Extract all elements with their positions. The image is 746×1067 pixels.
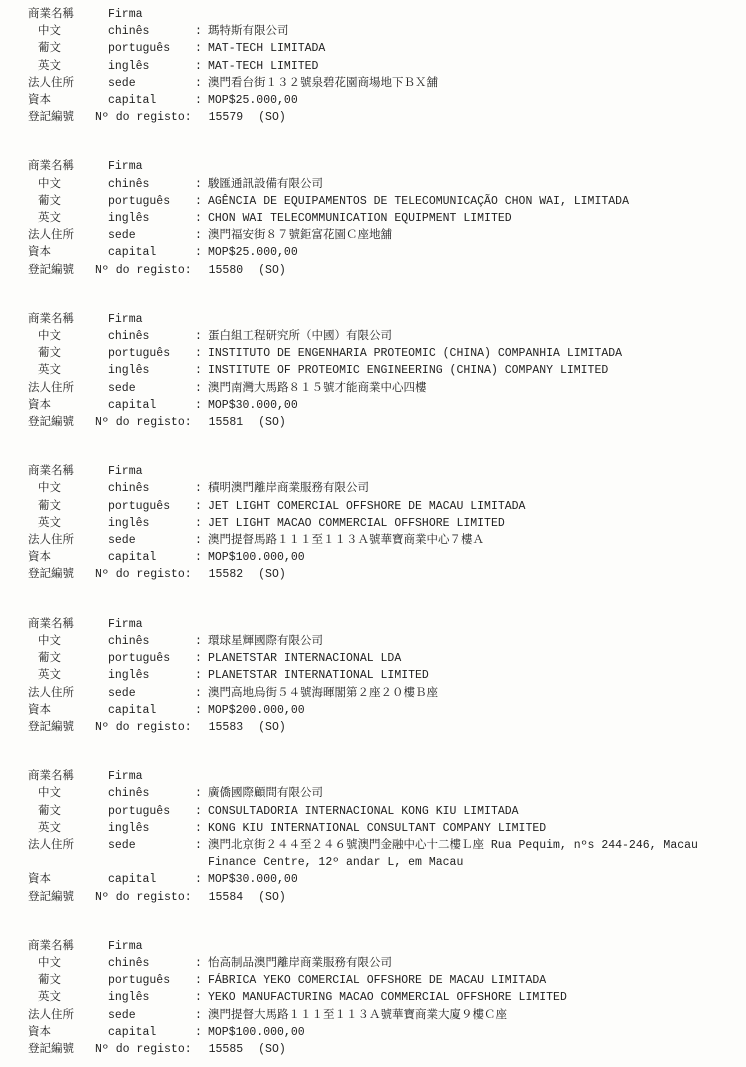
field-label-pt: Firma [108, 158, 195, 175]
field-label-zh: 法人住所 [28, 1007, 108, 1024]
colon: : [195, 58, 208, 75]
field-label-zh: 商業名稱 [28, 158, 108, 175]
field-label-zh: 法人住所 [28, 532, 108, 549]
field-label-zh: 葡文 [28, 345, 108, 362]
field-label-pt: sede [108, 532, 195, 549]
registration-number: 15583 [209, 719, 244, 736]
colon: : [195, 515, 208, 532]
field-label-pt: Nº do registo: [95, 566, 192, 583]
portuguese-name-value: CONSULTADORIA INTERNACIONAL KONG KIU LIM… [208, 803, 738, 820]
field-label-pt: capital [108, 397, 195, 414]
colon: : [195, 23, 208, 40]
field-row-chinese-name: 中文 chinês : 積明澳門離岸商業服務有限公司 [28, 480, 738, 497]
colon: : [195, 210, 208, 227]
field-row-english-name: 英文 inglês : CHON WAI TELECOMMUNICATION E… [28, 210, 738, 227]
field-label-zh: 葡文 [28, 193, 108, 210]
registration-mark: (SO) [258, 719, 286, 736]
field-row-registered-office: 法人住所 sede : 澳門提督大馬路１１１至１１３Ａ號華寶商業大廈９樓Ｃ座 [28, 1007, 738, 1024]
field-row-capital: 資本 capital : MOP$30.000,00 [28, 397, 738, 414]
field-label-pt: português [108, 193, 195, 210]
field-label-pt: sede [108, 1007, 195, 1024]
field-row-chinese-name: 中文 chinês : 怡高制品澳門離岸商業服務有限公司 [28, 955, 738, 972]
registration-number: 15585 [209, 1041, 244, 1058]
field-label-zh: 英文 [28, 820, 108, 837]
field-label-pt: Nº do registo: [95, 889, 192, 906]
field-label-pt: chinês [108, 23, 195, 40]
field-label-pt: Nº do registo: [95, 109, 192, 126]
colon: : [195, 176, 208, 193]
registry-entry: 商業名稱 Firma 中文 chinês : 積明澳門離岸商業服務有限公司 葡文… [28, 463, 738, 583]
registered-office-value: 澳門福安街８７號鉅富花園Ｃ座地舖 [208, 227, 738, 244]
field-label-zh: 法人住所 [28, 837, 108, 854]
field-row-english-name: 英文 inglês : PLANETSTAR INTERNATIONAL LIM… [28, 667, 738, 684]
field-label-pt: sede [108, 380, 195, 397]
field-label-pt: chinês [108, 785, 195, 802]
field-label-pt: sede [108, 837, 195, 854]
colon: : [195, 1007, 208, 1024]
field-row-chinese-name: 中文 chinês : 廣僑國際顧問有限公司 [28, 785, 738, 802]
field-row-registration: 登記編號 Nº do registo: 15585 (SO) [28, 1041, 738, 1058]
portuguese-name-value: PLANETSTAR INTERNACIONAL LDA [208, 650, 738, 667]
field-row-registration: 登記編號 Nº do registo: 15583 (SO) [28, 719, 738, 736]
field-label-pt: chinês [108, 328, 195, 345]
field-label-pt: inglês [108, 515, 195, 532]
registry-entry: 商業名稱 Firma 中文 chinês : 駿匯通訊設備有限公司 葡文 por… [28, 158, 738, 278]
field-label-pt: capital [108, 702, 195, 719]
colon: : [195, 244, 208, 261]
field-row-registration: 登記編號 Nº do registo: 15581 (SO) [28, 414, 738, 431]
capital-value: MOP$100.000,00 [208, 1024, 738, 1041]
registration-mark: (SO) [258, 262, 286, 279]
colon: : [195, 685, 208, 702]
colon: : [195, 549, 208, 566]
field-label-pt: Firma [108, 6, 195, 23]
field-row-registered-office: 法人住所 sede : 澳門福安街８７號鉅富花園Ｃ座地舖 [28, 227, 738, 244]
portuguese-name-value: AGÊNCIA DE EQUIPAMENTOS DE TELECOMUNICAÇ… [208, 193, 738, 210]
field-row-chinese-name: 中文 chinês : 蛋白組工程研究所（中國）有限公司 [28, 328, 738, 345]
colon: : [195, 785, 208, 802]
field-label-zh: 英文 [28, 210, 108, 227]
field-label-zh: 登記編號 [28, 566, 95, 583]
colon: : [195, 633, 208, 650]
field-label-pt: sede [108, 227, 195, 244]
colon: : [195, 955, 208, 972]
field-label-zh: 法人住所 [28, 75, 108, 92]
english-name-value: JET LIGHT MACAO COMMERCIAL OFFSHORE LIMI… [208, 515, 738, 532]
colon: : [195, 1024, 208, 1041]
chinese-name-value: 瑪特斯有限公司 [208, 23, 738, 40]
field-row-portuguese-name: 葡文 português : MAT-TECH LIMITADA [28, 40, 738, 57]
field-label-zh: 商業名稱 [28, 938, 108, 955]
field-row-firm: 商業名稱 Firma [28, 938, 738, 955]
chinese-name-value: 廣僑國際顧問有限公司 [208, 785, 738, 802]
field-row-capital: 資本 capital : MOP$200.000,00 [28, 702, 738, 719]
colon: : [195, 480, 208, 497]
registry-entry: 商業名稱 Firma 中文 chinês : 蛋白組工程研究所（中國）有限公司 … [28, 311, 738, 431]
chinese-name-value: 環球星輝國際有限公司 [208, 633, 738, 650]
field-row-portuguese-name: 葡文 português : INSTITUTO DE ENGENHARIA P… [28, 345, 738, 362]
registry-entry: 商業名稱 Firma 中文 chinês : 廣僑國際顧問有限公司 葡文 por… [28, 768, 738, 906]
colon: : [195, 667, 208, 684]
registration-number: 15582 [209, 566, 244, 583]
registry-document: 商業名稱 Firma 中文 chinês : 瑪特斯有限公司 葡文 portug… [0, 0, 746, 1058]
field-row-capital: 資本 capital : MOP$30.000,00 [28, 871, 738, 888]
colon: : [195, 702, 208, 719]
field-label-zh: 中文 [28, 480, 108, 497]
field-row-english-name: 英文 inglês : JET LIGHT MACAO COMMERCIAL O… [28, 515, 738, 532]
registration-mark: (SO) [258, 889, 286, 906]
field-label-zh: 商業名稱 [28, 463, 108, 480]
field-label-pt: Nº do registo: [95, 414, 192, 431]
registered-office-value: 澳門提督大馬路１１１至１１３Ａ號華寶商業大廈９樓Ｃ座 [208, 1007, 738, 1024]
field-label-zh: 資本 [28, 92, 108, 109]
field-label-zh: 資本 [28, 244, 108, 261]
field-row-capital: 資本 capital : MOP$100.000,00 [28, 1024, 738, 1041]
field-label-zh: 登記編號 [28, 109, 95, 126]
colon: : [195, 498, 208, 515]
colon: : [195, 193, 208, 210]
field-label-zh: 資本 [28, 702, 108, 719]
field-row-firm: 商業名稱 Firma [28, 616, 738, 633]
english-name-value: CHON WAI TELECOMMUNICATION EQUIPMENT LIM… [208, 210, 738, 227]
field-label-pt: português [108, 650, 195, 667]
field-row-registration: 登記編號 Nº do registo: 15584 (SO) [28, 889, 738, 906]
field-label-zh: 資本 [28, 871, 108, 888]
capital-value: MOP$200.000,00 [208, 702, 738, 719]
field-row-capital: 資本 capital : MOP$25.000,00 [28, 244, 738, 261]
registration-mark: (SO) [258, 566, 286, 583]
field-label-pt: português [108, 972, 195, 989]
field-label-zh: 中文 [28, 955, 108, 972]
field-label-pt: Firma [108, 938, 195, 955]
english-name-value: INSTITUTE OF PROTEOMIC ENGINEERING (CHIN… [208, 362, 738, 379]
field-row-chinese-name: 中文 chinês : 環球星輝國際有限公司 [28, 633, 738, 650]
field-label-zh: 資本 [28, 1024, 108, 1041]
portuguese-name-value: JET LIGHT COMERCIAL OFFSHORE DE MACAU LI… [208, 498, 738, 515]
capital-value: MOP$30.000,00 [208, 871, 738, 888]
field-label-zh: 登記編號 [28, 1041, 95, 1058]
field-label-pt: Firma [108, 463, 195, 480]
field-label-zh: 葡文 [28, 498, 108, 515]
colon: : [195, 972, 208, 989]
field-label-pt: capital [108, 92, 195, 109]
colon: : [195, 75, 208, 92]
scanned-registry-page: { "page": { "background": "#fdfdfb", "te… [0, 0, 746, 1067]
field-label-zh: 葡文 [28, 803, 108, 820]
field-label-pt: Nº do registo: [95, 262, 192, 279]
field-label-pt: chinês [108, 176, 195, 193]
colon: : [195, 532, 208, 549]
portuguese-name-value: INSTITUTO DE ENGENHARIA PROTEOMIC (CHINA… [208, 345, 738, 362]
colon: : [195, 871, 208, 888]
field-row-firm: 商業名稱 Firma [28, 463, 738, 480]
field-label-pt: inglês [108, 820, 195, 837]
field-label-zh: 商業名稱 [28, 616, 108, 633]
chinese-name-value: 駿匯通訊設備有限公司 [208, 176, 738, 193]
registered-office-value: 澳門看台街１３２號泉碧花園商場地下ＢＸ舖 [208, 75, 738, 92]
field-label-zh: 中文 [28, 176, 108, 193]
registry-entry: 商業名稱 Firma 中文 chinês : 瑪特斯有限公司 葡文 portug… [28, 6, 738, 126]
field-label-zh: 英文 [28, 515, 108, 532]
colon: : [195, 837, 208, 854]
field-row-chinese-name: 中文 chinês : 駿匯通訊設備有限公司 [28, 176, 738, 193]
field-label-pt: sede [108, 75, 195, 92]
chinese-name-value: 蛋白組工程研究所（中國）有限公司 [208, 328, 738, 345]
field-row-registration: 登記編號 Nº do registo: 15579 (SO) [28, 109, 738, 126]
field-row-registered-office: 法人住所 sede : 澳門北京街２４４至２４６號澳門金融中心十二樓Ｌ座 Rua… [28, 837, 738, 871]
field-row-english-name: 英文 inglês : YEKO MANUFACTURING MACAO COM… [28, 989, 738, 1006]
field-label-zh: 登記編號 [28, 719, 95, 736]
registration-number: 15581 [209, 414, 244, 431]
field-label-pt: capital [108, 1024, 195, 1041]
capital-value: MOP$25.000,00 [208, 244, 738, 261]
field-row-portuguese-name: 葡文 português : JET LIGHT COMERCIAL OFFSH… [28, 498, 738, 515]
capital-value: MOP$25.000,00 [208, 92, 738, 109]
field-label-pt: inglês [108, 362, 195, 379]
field-label-zh: 中文 [28, 23, 108, 40]
field-label-pt: Nº do registo: [95, 1041, 192, 1058]
field-label-zh: 登記編號 [28, 889, 95, 906]
colon: : [195, 40, 208, 57]
field-label-zh: 法人住所 [28, 380, 108, 397]
portuguese-name-value: FÁBRICA YEKO COMERCIAL OFFSHORE DE MACAU… [208, 972, 738, 989]
field-row-registered-office: 法人住所 sede : 澳門南灣大馬路８１５號才能商業中心四樓 [28, 380, 738, 397]
colon: : [195, 92, 208, 109]
field-label-zh: 中文 [28, 785, 108, 802]
field-row-chinese-name: 中文 chinês : 瑪特斯有限公司 [28, 23, 738, 40]
field-label-zh: 中文 [28, 633, 108, 650]
registration-number: 15580 [209, 262, 244, 279]
field-label-pt: Firma [108, 311, 195, 328]
registration-mark: (SO) [258, 1041, 286, 1058]
field-label-zh: 法人住所 [28, 685, 108, 702]
field-label-zh: 葡文 [28, 40, 108, 57]
field-label-zh: 商業名稱 [28, 311, 108, 328]
field-row-english-name: 英文 inglês : MAT-TECH LIMITED [28, 58, 738, 75]
field-label-pt: inglês [108, 210, 195, 227]
colon: : [195, 345, 208, 362]
colon: : [195, 362, 208, 379]
field-label-pt: português [108, 345, 195, 362]
registered-office-value: 澳門高地烏街５４號海暉閣第２座２０樓Ｂ座 [208, 685, 738, 702]
field-row-registration: 登記編號 Nº do registo: 15582 (SO) [28, 566, 738, 583]
field-label-zh: 葡文 [28, 972, 108, 989]
field-label-pt: capital [108, 244, 195, 261]
field-row-registration: 登記編號 Nº do registo: 15580 (SO) [28, 262, 738, 279]
field-row-portuguese-name: 葡文 português : FÁBRICA YEKO COMERCIAL OF… [28, 972, 738, 989]
colon: : [195, 380, 208, 397]
field-row-capital: 資本 capital : MOP$100.000,00 [28, 549, 738, 566]
field-label-zh: 英文 [28, 58, 108, 75]
field-label-pt: chinês [108, 633, 195, 650]
field-label-zh: 資本 [28, 549, 108, 566]
registry-entry: 商業名稱 Firma 中文 chinês : 怡高制品澳門離岸商業服務有限公司 … [28, 938, 738, 1058]
field-label-pt: chinês [108, 480, 195, 497]
colon: : [195, 820, 208, 837]
field-label-pt: Firma [108, 768, 195, 785]
field-label-zh: 商業名稱 [28, 768, 108, 785]
field-label-pt: Firma [108, 616, 195, 633]
field-label-pt: Nº do registo: [95, 719, 192, 736]
colon: : [195, 803, 208, 820]
portuguese-name-value: MAT-TECH LIMITADA [208, 40, 738, 57]
registry-entry: 商業名稱 Firma 中文 chinês : 環球星輝國際有限公司 葡文 por… [28, 616, 738, 736]
field-label-pt: português [108, 40, 195, 57]
field-row-registered-office: 法人住所 sede : 澳門高地烏街５４號海暉閣第２座２０樓Ｂ座 [28, 685, 738, 702]
field-label-zh: 法人住所 [28, 227, 108, 244]
registered-office-value: 澳門提督馬路１１１至１１３Ａ號華寶商業中心７樓Ａ [208, 532, 738, 549]
field-row-english-name: 英文 inglês : INSTITUTE OF PROTEOMIC ENGIN… [28, 362, 738, 379]
field-label-zh: 中文 [28, 328, 108, 345]
field-row-portuguese-name: 葡文 português : PLANETSTAR INTERNACIONAL … [28, 650, 738, 667]
field-label-zh: 商業名稱 [28, 6, 108, 23]
field-label-pt: inglês [108, 989, 195, 1006]
field-label-pt: português [108, 498, 195, 515]
chinese-name-value: 積明澳門離岸商業服務有限公司 [208, 480, 738, 497]
field-row-registered-office: 法人住所 sede : 澳門提督馬路１１１至１１３Ａ號華寶商業中心７樓Ａ [28, 532, 738, 549]
colon: : [195, 650, 208, 667]
field-row-firm: 商業名稱 Firma [28, 768, 738, 785]
field-label-zh: 英文 [28, 667, 108, 684]
field-row-firm: 商業名稱 Firma [28, 158, 738, 175]
registered-office-value: 澳門北京街２４４至２４６號澳門金融中心十二樓Ｌ座 Rua Pequim, nºs… [208, 837, 738, 871]
registration-mark: (SO) [258, 414, 286, 431]
english-name-value: YEKO MANUFACTURING MACAO COMMERCIAL OFFS… [208, 989, 738, 1006]
field-label-zh: 英文 [28, 989, 108, 1006]
english-name-value: MAT-TECH LIMITED [208, 58, 738, 75]
colon: : [195, 227, 208, 244]
field-row-portuguese-name: 葡文 português : AGÊNCIA DE EQUIPAMENTOS D… [28, 193, 738, 210]
chinese-name-value: 怡高制品澳門離岸商業服務有限公司 [208, 955, 738, 972]
registration-mark: (SO) [258, 109, 286, 126]
field-label-pt: chinês [108, 955, 195, 972]
field-label-zh: 資本 [28, 397, 108, 414]
registration-number: 15584 [209, 889, 244, 906]
colon: : [195, 328, 208, 345]
field-row-english-name: 英文 inglês : KONG KIU INTERNATIONAL CONSU… [28, 820, 738, 837]
field-label-pt: inglês [108, 667, 195, 684]
field-label-pt: capital [108, 871, 195, 888]
field-label-pt: sede [108, 685, 195, 702]
english-name-value: KONG KIU INTERNATIONAL CONSULTANT COMPAN… [208, 820, 738, 837]
field-label-pt: capital [108, 549, 195, 566]
field-row-registered-office: 法人住所 sede : 澳門看台街１３２號泉碧花園商場地下ＢＸ舖 [28, 75, 738, 92]
field-label-zh: 葡文 [28, 650, 108, 667]
field-row-firm: 商業名稱 Firma [28, 6, 738, 23]
registration-number: 15579 [209, 109, 244, 126]
capital-value: MOP$100.000,00 [208, 549, 738, 566]
field-label-zh: 登記編號 [28, 414, 95, 431]
field-row-portuguese-name: 葡文 português : CONSULTADORIA INTERNACION… [28, 803, 738, 820]
field-row-capital: 資本 capital : MOP$25.000,00 [28, 92, 738, 109]
english-name-value: PLANETSTAR INTERNATIONAL LIMITED [208, 667, 738, 684]
field-label-pt: português [108, 803, 195, 820]
field-row-firm: 商業名稱 Firma [28, 311, 738, 328]
capital-value: MOP$30.000,00 [208, 397, 738, 414]
field-label-pt: inglês [108, 58, 195, 75]
field-label-zh: 英文 [28, 362, 108, 379]
field-label-zh: 登記編號 [28, 262, 95, 279]
colon: : [195, 989, 208, 1006]
colon: : [195, 397, 208, 414]
registered-office-value: 澳門南灣大馬路８１５號才能商業中心四樓 [208, 380, 738, 397]
